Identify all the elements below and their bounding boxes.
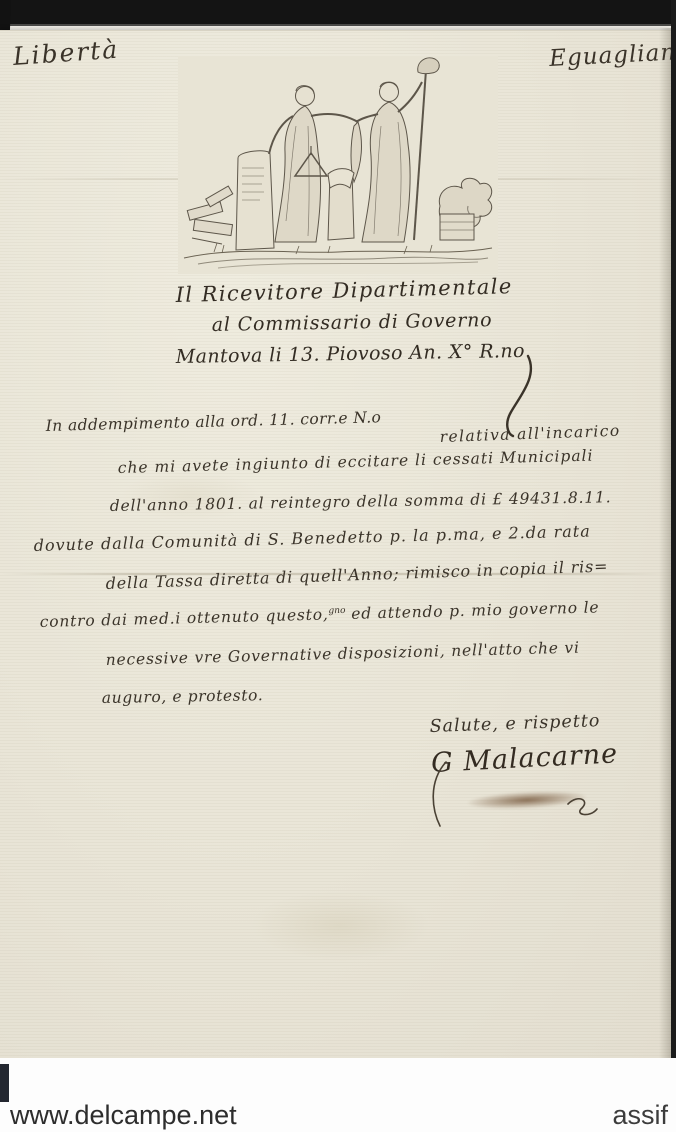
paper-stain <box>250 891 430 961</box>
body-line6-superscript: gno <box>328 606 345 616</box>
watermark-site-text: www.delcampe.net <box>10 1100 237 1131</box>
engraving-liberty-equality <box>178 56 498 274</box>
scan-right-edge <box>671 0 676 1060</box>
stele <box>236 151 274 250</box>
scan-top-edge <box>0 0 676 26</box>
plate-mark <box>178 56 498 274</box>
page-edge-shadow <box>659 28 671 1058</box>
body-line8: auguro, e protesto. <box>102 686 264 707</box>
watermark-seller-text: assif <box>612 1100 668 1131</box>
scanned-letter-page: Libertà Eguaglianza <box>0 0 676 1132</box>
scan-corner-block <box>0 1064 9 1102</box>
altar-middle <box>328 169 354 240</box>
